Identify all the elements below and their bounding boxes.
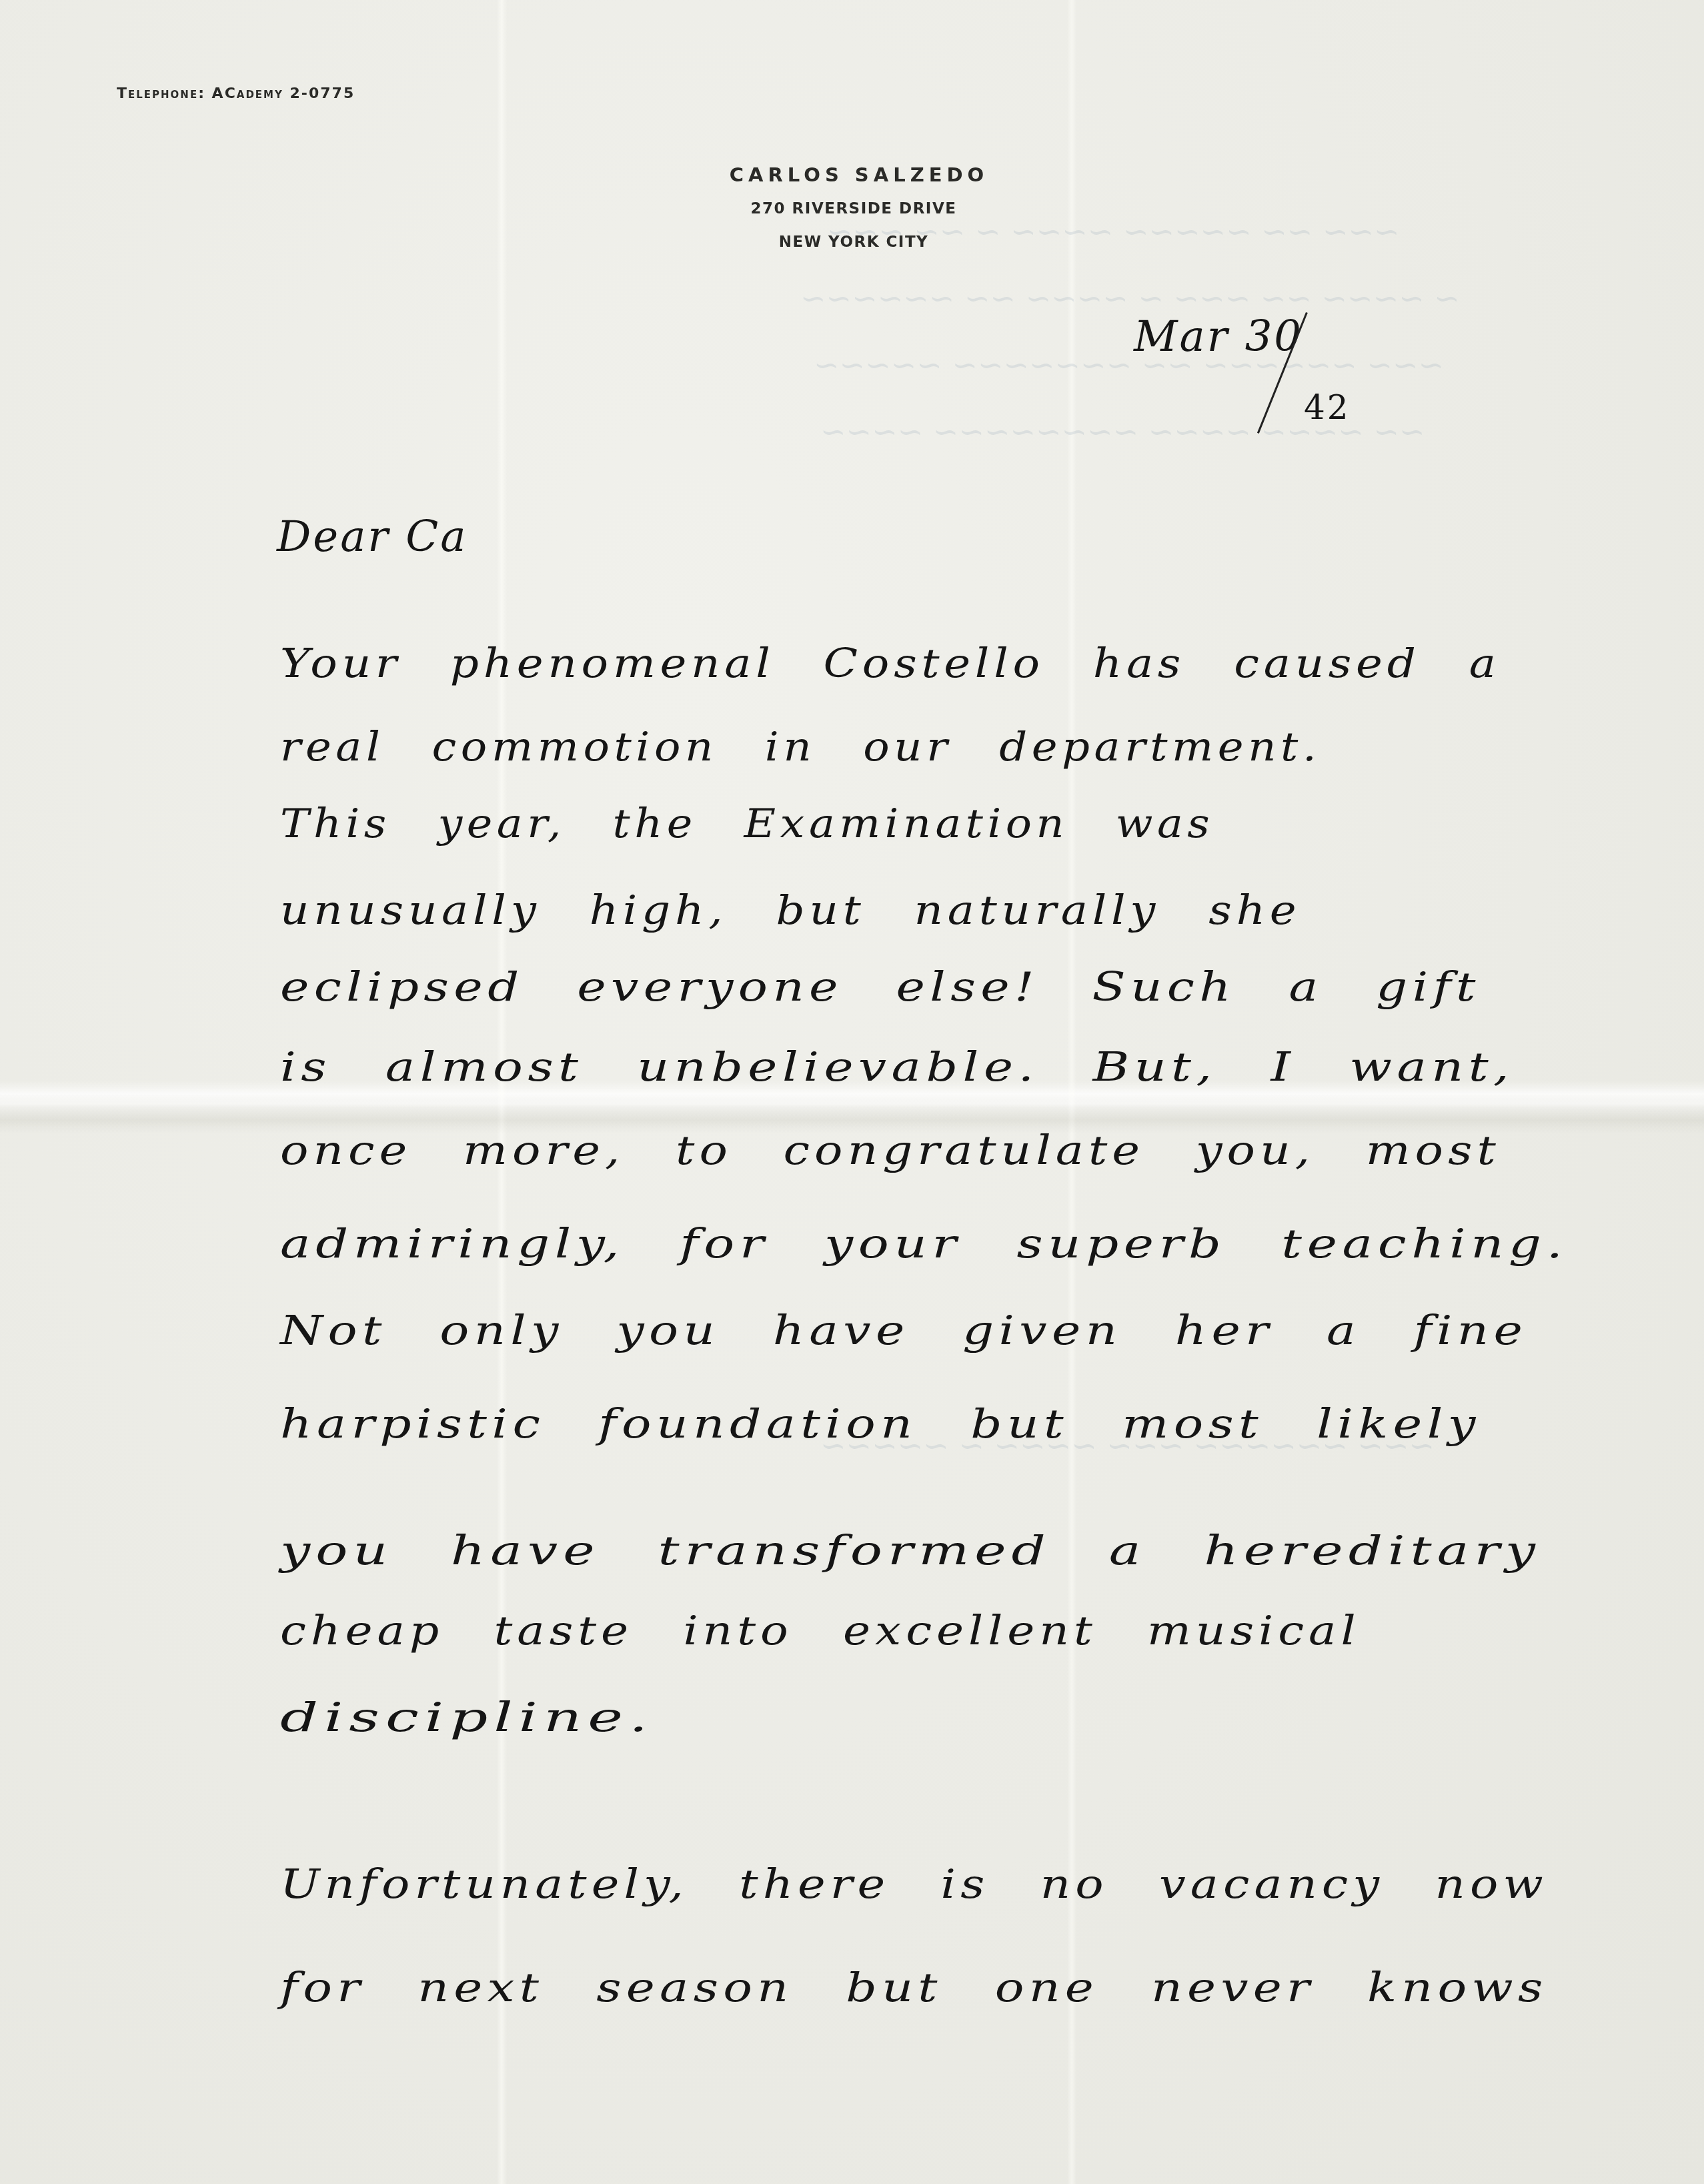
letter-date: Mar 30 xyxy=(1134,312,1303,362)
body-line: cheap taste into excellent musical xyxy=(280,1608,1361,1654)
salutation: Dear Ca xyxy=(277,512,468,562)
body-line: Not only you have given her a fine xyxy=(280,1307,1527,1354)
letterhead-street: 270 RIVERSIDE DRIVE xyxy=(720,200,987,217)
letterhead-name: CARLOS SALZEDO xyxy=(706,163,1012,186)
letterhead-city: NEW YORK CITY xyxy=(754,233,954,251)
body-line: is almost unbelievable. But, I want, xyxy=(280,1044,1514,1091)
body-line: you have transformed a hereditary xyxy=(280,1528,1541,1574)
body-line: once more, to congratulate you, most xyxy=(280,1127,1501,1174)
letter-paper xyxy=(0,0,1704,2184)
body-line: This year, the Examination was xyxy=(280,800,1214,847)
body-line: for next season but one never knows xyxy=(280,1965,1548,2011)
body-line: harpistic foundation but most likely xyxy=(280,1401,1481,1448)
body-line: real commotion in our department. xyxy=(280,724,1321,770)
body-line: eclipsed everyone else! Such a gift xyxy=(280,964,1481,1011)
body-line: Unfortunately, there is no vacancy now xyxy=(280,1861,1548,1908)
body-line: admiringly, for your superb teaching. xyxy=(280,1221,1568,1267)
body-line: Your phenomenal Costello has caused a xyxy=(280,640,1501,687)
body-line: unusually high, but naturally she xyxy=(280,887,1301,934)
letter-year: 42 xyxy=(1304,388,1351,427)
body-line: discipline. xyxy=(280,1694,654,1741)
letterhead-telephone: Telephone: ACademy 2-0775 xyxy=(117,85,355,102)
